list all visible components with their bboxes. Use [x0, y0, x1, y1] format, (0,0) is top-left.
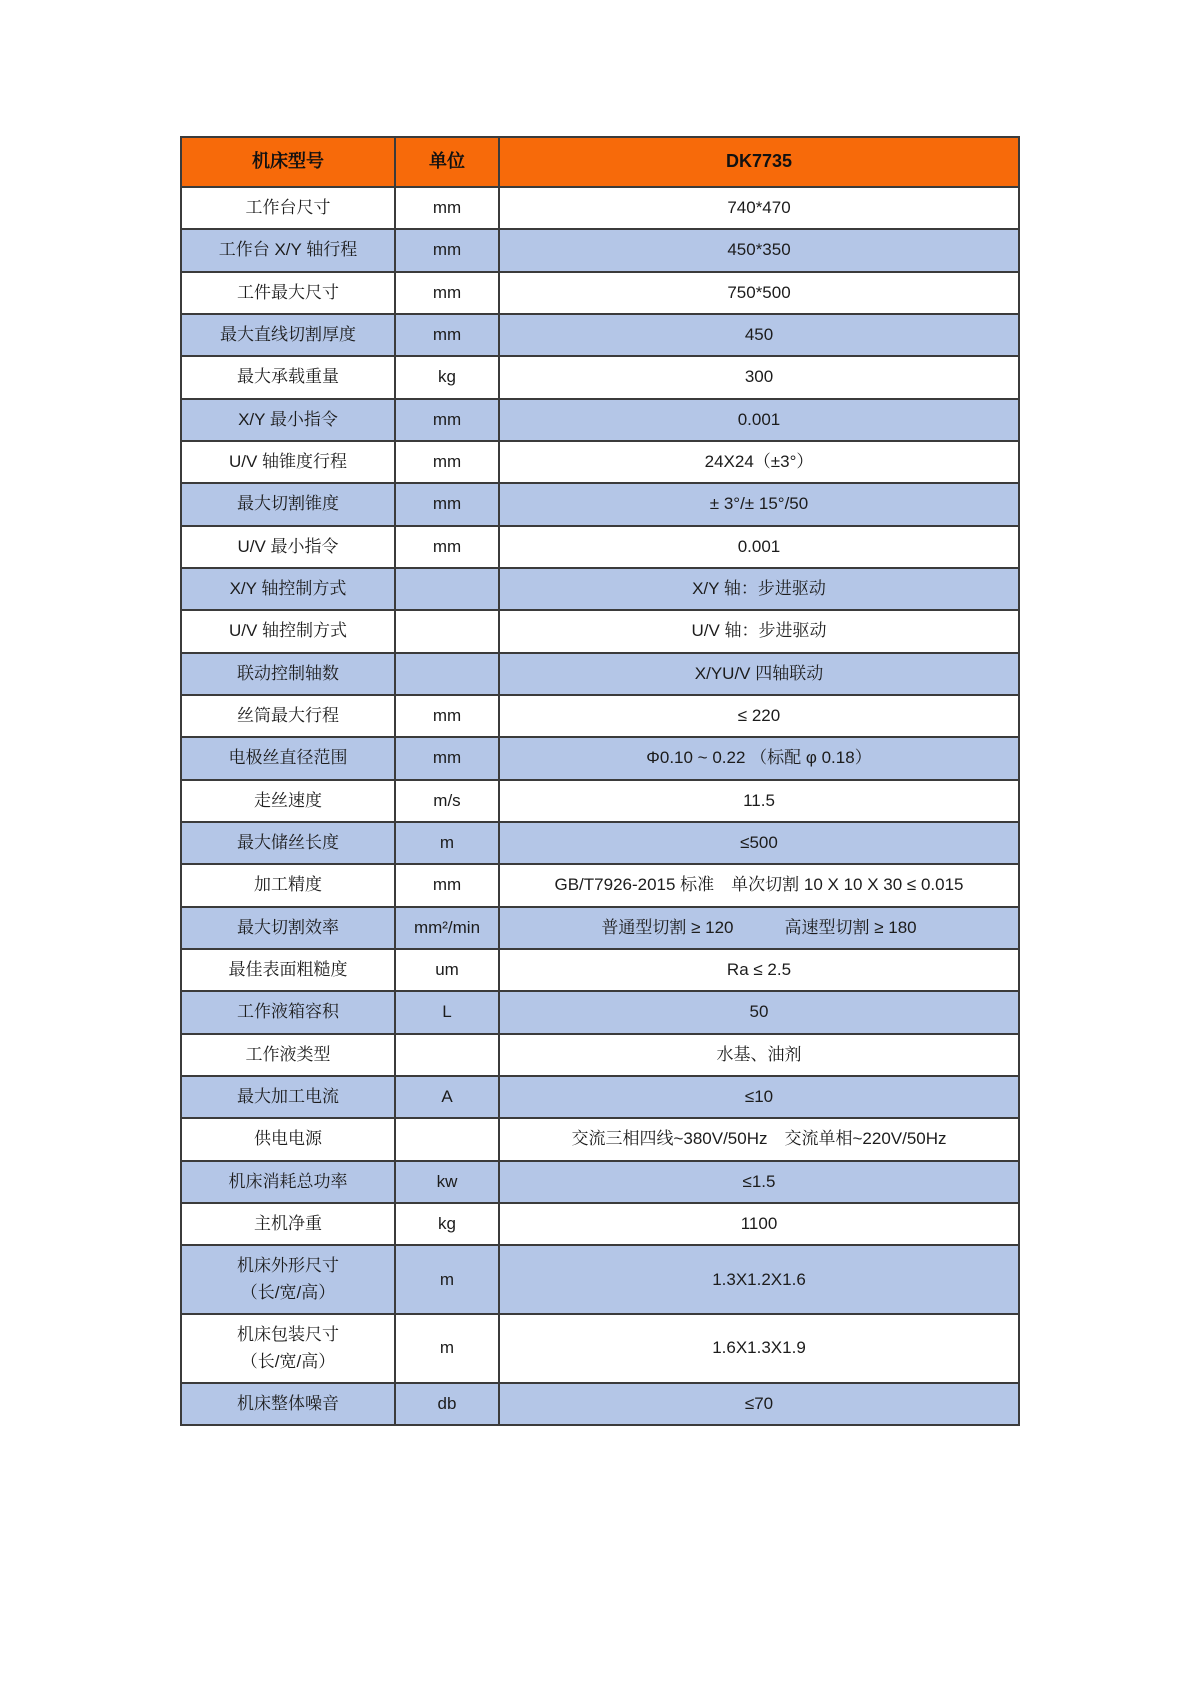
spec-label: U/V 轴控制方式	[181, 610, 395, 652]
spec-label: 最大储丝长度	[181, 822, 395, 864]
spec-value: 300	[499, 356, 1019, 398]
spec-value: 740*470	[499, 187, 1019, 229]
spec-unit: mm	[395, 272, 499, 314]
spec-value: ≤ 220	[499, 695, 1019, 737]
spec-unit: mm	[395, 695, 499, 737]
spec-unit: db	[395, 1383, 499, 1425]
table-row: 最大加工电流 A ≤10	[181, 1076, 1019, 1118]
spec-unit: mm	[395, 526, 499, 568]
spec-value: 交流三相四线~380V/50Hz 交流单相~220V/50Hz	[499, 1118, 1019, 1160]
spec-label: 供电电源	[181, 1118, 395, 1160]
spec-unit	[395, 1034, 499, 1076]
spec-unit: mm	[395, 187, 499, 229]
spec-unit: mm²/min	[395, 907, 499, 949]
table-row: 工作液类型 水基、油剂	[181, 1034, 1019, 1076]
spec-label: 机床包装尺寸 （长/宽/高）	[181, 1314, 395, 1383]
spec-label: 机床整体噪音	[181, 1383, 395, 1425]
spec-label: 机床外形尺寸 （长/宽/高）	[181, 1245, 395, 1314]
spec-unit: kw	[395, 1161, 499, 1203]
table-row: U/V 轴锥度行程 mm 24X24（±3°）	[181, 441, 1019, 483]
machine-spec-table: 机床型号 单位 DK7735 工作台尺寸 mm 740*470 工作台 X/Y …	[180, 136, 1020, 1426]
spec-value: ≤500	[499, 822, 1019, 864]
spec-label: U/V 最小指令	[181, 526, 395, 568]
spec-label: 工作台尺寸	[181, 187, 395, 229]
table-header-row: 机床型号 单位 DK7735	[181, 137, 1019, 187]
table-row: 机床包装尺寸 （长/宽/高） m 1.6X1.3X1.9	[181, 1314, 1019, 1383]
spec-label: X/Y 轴控制方式	[181, 568, 395, 610]
spec-value: 0.001	[499, 526, 1019, 568]
spec-label: 最大切割效率	[181, 907, 395, 949]
spec-unit: m	[395, 1245, 499, 1314]
spec-value: 0.001	[499, 399, 1019, 441]
spec-label: 工作台 X/Y 轴行程	[181, 229, 395, 271]
spec-label: 工作液类型	[181, 1034, 395, 1076]
spec-unit: m	[395, 822, 499, 864]
table-row: 加工精度 mm GB/T7926-2015 标准 单次切割 10 X 10 X …	[181, 864, 1019, 906]
spec-unit: kg	[395, 356, 499, 398]
spec-label: 加工精度	[181, 864, 395, 906]
table-row: X/Y 最小指令 mm 0.001	[181, 399, 1019, 441]
spec-unit: kg	[395, 1203, 499, 1245]
header-unit: 单位	[395, 137, 499, 187]
spec-unit	[395, 1118, 499, 1160]
table-row: 工作液箱容积 L 50	[181, 991, 1019, 1033]
header-machine-model: 机床型号	[181, 137, 395, 187]
spec-label: X/Y 最小指令	[181, 399, 395, 441]
spec-label: 工作液箱容积	[181, 991, 395, 1033]
spec-unit: L	[395, 991, 499, 1033]
table-row: 工作台尺寸 mm 740*470	[181, 187, 1019, 229]
spec-value: 750*500	[499, 272, 1019, 314]
table-row: 最大承载重量 kg 300	[181, 356, 1019, 398]
spec-value: 450*350	[499, 229, 1019, 271]
table-row: 主机净重 kg 1100	[181, 1203, 1019, 1245]
spec-value: 11.5	[499, 780, 1019, 822]
table-row: 最大切割锥度 mm ± 3°/± 15°/50	[181, 483, 1019, 525]
table-row: U/V 轴控制方式 U/V 轴：步进驱动	[181, 610, 1019, 652]
table-row: 最大储丝长度 m ≤500	[181, 822, 1019, 864]
spec-unit	[395, 568, 499, 610]
spec-unit: mm	[395, 483, 499, 525]
table-row: U/V 最小指令 mm 0.001	[181, 526, 1019, 568]
spec-label: 最大加工电流	[181, 1076, 395, 1118]
spec-value: Ra ≤ 2.5	[499, 949, 1019, 991]
spec-unit	[395, 653, 499, 695]
spec-unit: A	[395, 1076, 499, 1118]
spec-unit: m	[395, 1314, 499, 1383]
spec-value: GB/T7926-2015 标准 单次切割 10 X 10 X 30 ≤ 0.0…	[499, 864, 1019, 906]
spec-unit: mm	[395, 737, 499, 779]
table-row: 工件最大尺寸 mm 750*500	[181, 272, 1019, 314]
spec-label: 最佳表面粗糙度	[181, 949, 395, 991]
spec-unit: mm	[395, 864, 499, 906]
spec-value: X/Y 轴：步进驱动	[499, 568, 1019, 610]
table-row: 供电电源 交流三相四线~380V/50Hz 交流单相~220V/50Hz	[181, 1118, 1019, 1160]
spec-label: 机床消耗总功率	[181, 1161, 395, 1203]
table-row: 丝筒最大行程 mm ≤ 220	[181, 695, 1019, 737]
spec-unit: mm	[395, 314, 499, 356]
table-row: 走丝速度 m/s 11.5	[181, 780, 1019, 822]
spec-label: 最大直线切割厚度	[181, 314, 395, 356]
spec-label: 工件最大尺寸	[181, 272, 395, 314]
spec-unit	[395, 610, 499, 652]
spec-label: 联动控制轴数	[181, 653, 395, 695]
spec-value: ≤1.5	[499, 1161, 1019, 1203]
table-row: 机床外形尺寸 （长/宽/高） m 1.3X1.2X1.6	[181, 1245, 1019, 1314]
spec-unit: m/s	[395, 780, 499, 822]
spec-value: 1.3X1.2X1.6	[499, 1245, 1019, 1314]
table-row: 电极丝直径范围 mm Φ0.10 ~ 0.22 （标配 φ 0.18）	[181, 737, 1019, 779]
spec-value: Φ0.10 ~ 0.22 （标配 φ 0.18）	[499, 737, 1019, 779]
page: 机床型号 单位 DK7735 工作台尺寸 mm 740*470 工作台 X/Y …	[0, 0, 1200, 1696]
spec-value: 1.6X1.3X1.9	[499, 1314, 1019, 1383]
spec-value: 普通型切割 ≥ 120 高速型切割 ≥ 180	[499, 907, 1019, 949]
spec-value: 水基、油剂	[499, 1034, 1019, 1076]
spec-value: 1100	[499, 1203, 1019, 1245]
spec-unit: mm	[395, 441, 499, 483]
table-row: 机床整体噪音 db ≤70	[181, 1383, 1019, 1425]
spec-value: ± 3°/± 15°/50	[499, 483, 1019, 525]
spec-label: 走丝速度	[181, 780, 395, 822]
spec-value: ≤70	[499, 1383, 1019, 1425]
spec-value: ≤10	[499, 1076, 1019, 1118]
header-model-value: DK7735	[499, 137, 1019, 187]
table-row: 最大切割效率 mm²/min 普通型切割 ≥ 120 高速型切割 ≥ 180	[181, 907, 1019, 949]
spec-value: 24X24（±3°）	[499, 441, 1019, 483]
table-row: 联动控制轴数 X/YU/V 四轴联动	[181, 653, 1019, 695]
table-row: 最佳表面粗糙度 um Ra ≤ 2.5	[181, 949, 1019, 991]
table-row: 机床消耗总功率 kw ≤1.5	[181, 1161, 1019, 1203]
table-row: X/Y 轴控制方式 X/Y 轴：步进驱动	[181, 568, 1019, 610]
spec-value: 450	[499, 314, 1019, 356]
spec-unit: mm	[395, 399, 499, 441]
table-row: 最大直线切割厚度 mm 450	[181, 314, 1019, 356]
spec-value: X/YU/V 四轴联动	[499, 653, 1019, 695]
spec-label: 最大承载重量	[181, 356, 395, 398]
spec-unit: um	[395, 949, 499, 991]
spec-label: 主机净重	[181, 1203, 395, 1245]
spec-label: 最大切割锥度	[181, 483, 395, 525]
spec-label: U/V 轴锥度行程	[181, 441, 395, 483]
spec-value: 50	[499, 991, 1019, 1033]
spec-value: U/V 轴：步进驱动	[499, 610, 1019, 652]
spec-label: 丝筒最大行程	[181, 695, 395, 737]
spec-label: 电极丝直径范围	[181, 737, 395, 779]
spec-unit: mm	[395, 229, 499, 271]
table-row: 工作台 X/Y 轴行程 mm 450*350	[181, 229, 1019, 271]
